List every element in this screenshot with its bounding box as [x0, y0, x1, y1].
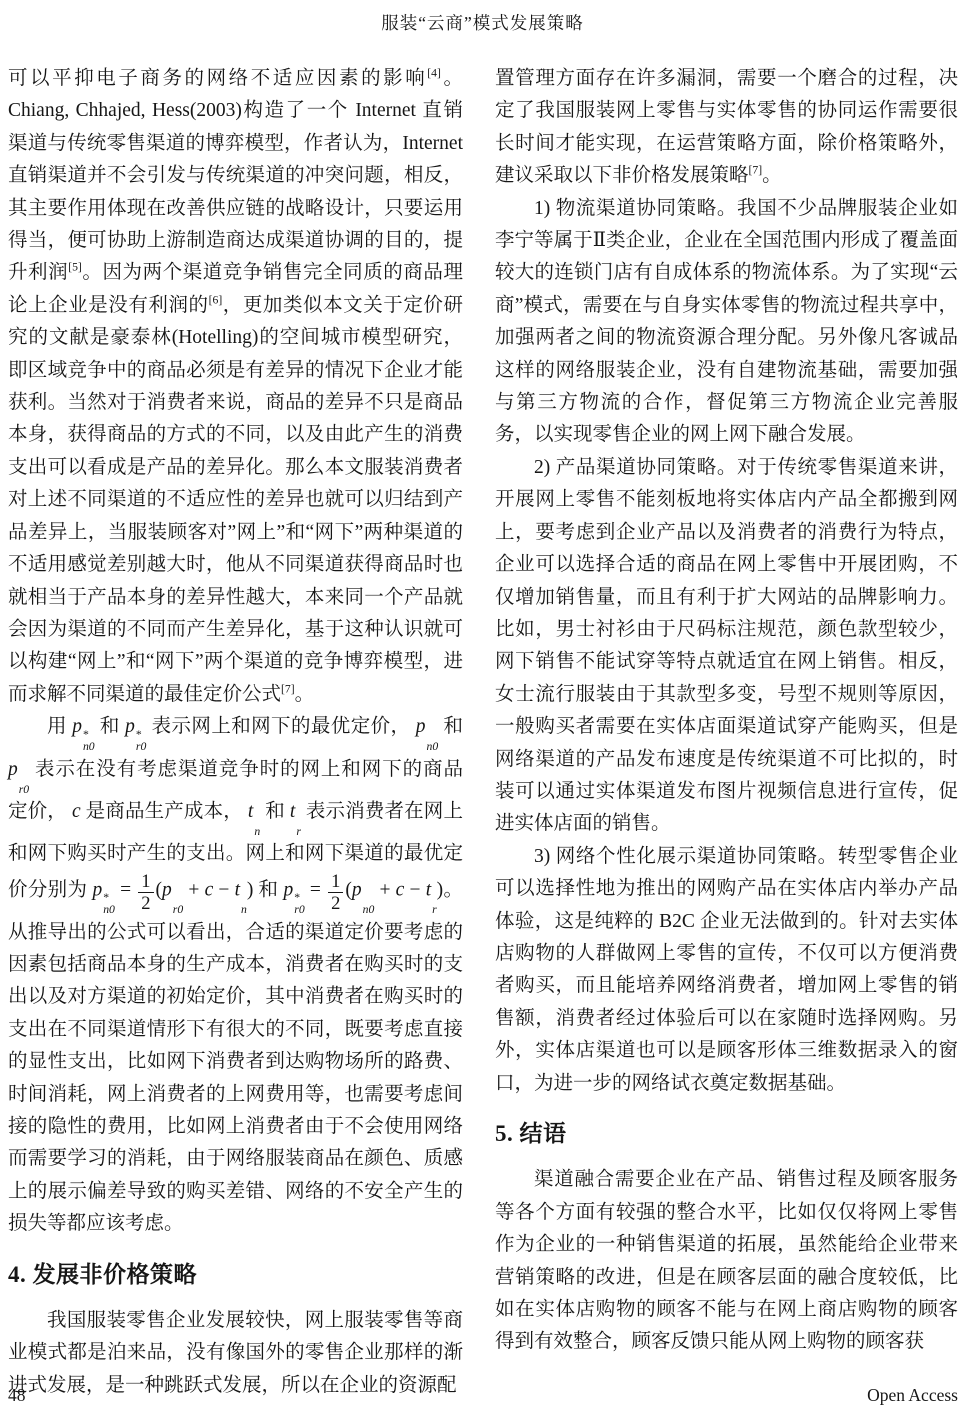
math-variable: c [72, 801, 81, 822]
open-access-label: Open Access [867, 1385, 958, 1406]
math-subsuperscript: n [254, 814, 260, 839]
math-variable: t [426, 879, 431, 900]
math-subsuperscript: n [241, 892, 247, 917]
page-footer: 48 Open Access [8, 1385, 958, 1406]
math-subsuperscript: *r0 [136, 729, 146, 754]
math-variable: p [8, 759, 18, 780]
reference-superscript: [5] [68, 261, 82, 274]
math-variable: p [162, 879, 172, 900]
left-column: 可以平抑电子商务的网络不适应因素的影响[4]。Chiang, Chhajed, … [8, 63, 463, 1402]
paragraph-optimal-pricing-formula: 用 p*n0 和 p*r0 表示网上和网下的最优定价， p n0 和 p r0 … [8, 711, 463, 1241]
math-subsuperscript: r [296, 814, 301, 839]
reference-superscript: [4] [427, 67, 441, 80]
paragraph-strategy-1-logistics: 1) 物流渠道协同策略。我国不少品牌服装企业如李宁等属于Ⅱ类企业，企业在全国范围… [495, 193, 958, 452]
math-variable: p [352, 879, 362, 900]
math-variable: t [248, 801, 253, 822]
math-variable: p [284, 879, 294, 900]
reference-superscript: [7] [281, 682, 295, 695]
math-variable: c [205, 879, 214, 900]
math-variable: c [396, 879, 405, 900]
paragraph-conclusion: 渠道融合需要企业在产品、销售过程及顾客服务等各个方面有较强的整合水平，比如仅仅将… [495, 1164, 958, 1358]
paragraph-channel-game-model: 可以平抑电子商务的网络不适应因素的影响[4]。Chiang, Chhajed, … [8, 63, 463, 711]
math-variable: p [72, 716, 82, 737]
right-column: 置管理方面存在许多漏洞，需要一个磨合的过程，决定了我国服装网上零售与实体零售的协… [495, 63, 958, 1402]
page-number: 48 [8, 1385, 26, 1406]
math-subsuperscript: n0 [426, 729, 438, 754]
running-head-title: 服装“云商”模式发展策略 [0, 0, 965, 35]
math-variable: t [290, 801, 295, 822]
math-variable: p [92, 879, 102, 900]
paragraph-resource-allocation: 置管理方面存在许多漏洞，需要一个磨合的过程，决定了我国服装网上零售与实体零售的协… [495, 63, 958, 193]
math-variable: p [125, 716, 135, 737]
math-variable: t [235, 879, 240, 900]
section-heading-5-conclusion: 5. 结语 [495, 1118, 958, 1150]
paragraph-strategy-3-personalized-display: 3) 网络个性化展示渠道协同策略。转型零售企业可以选择性地为推出的网购产品在实体… [495, 841, 958, 1100]
reference-superscript: [7] [749, 164, 763, 177]
math-subsuperscript: r [432, 892, 437, 917]
two-column-body: 可以平抑电子商务的网络不适应因素的影响[4]。Chiang, Chhajed, … [0, 63, 965, 1402]
math-subsuperscript: r0 [173, 892, 183, 917]
math-subsuperscript: r0 [19, 771, 29, 796]
math-subsuperscript: *n0 [103, 892, 115, 917]
paragraph-strategy-2-product: 2) 产品渠道协同策略。对于传统零售渠道来讲，开展网上零售不能刻板地将实体店内产… [495, 452, 958, 841]
math-fraction: 12 [138, 871, 153, 915]
math-subsuperscript: *r0 [294, 892, 304, 917]
math-subsuperscript: n0 [363, 892, 375, 917]
math-fraction: 12 [328, 871, 343, 915]
paper-page: 服装“云商”模式发展策略 可以平抑电子商务的网络不适应因素的影响[4]。Chia… [0, 0, 965, 1414]
math-variable: p [416, 716, 426, 737]
reference-superscript: [6] [209, 293, 223, 306]
math-subsuperscript: *n0 [83, 729, 95, 754]
section-heading-4-nonprice-strategy: 4. 发展非价格策略 [8, 1259, 463, 1291]
